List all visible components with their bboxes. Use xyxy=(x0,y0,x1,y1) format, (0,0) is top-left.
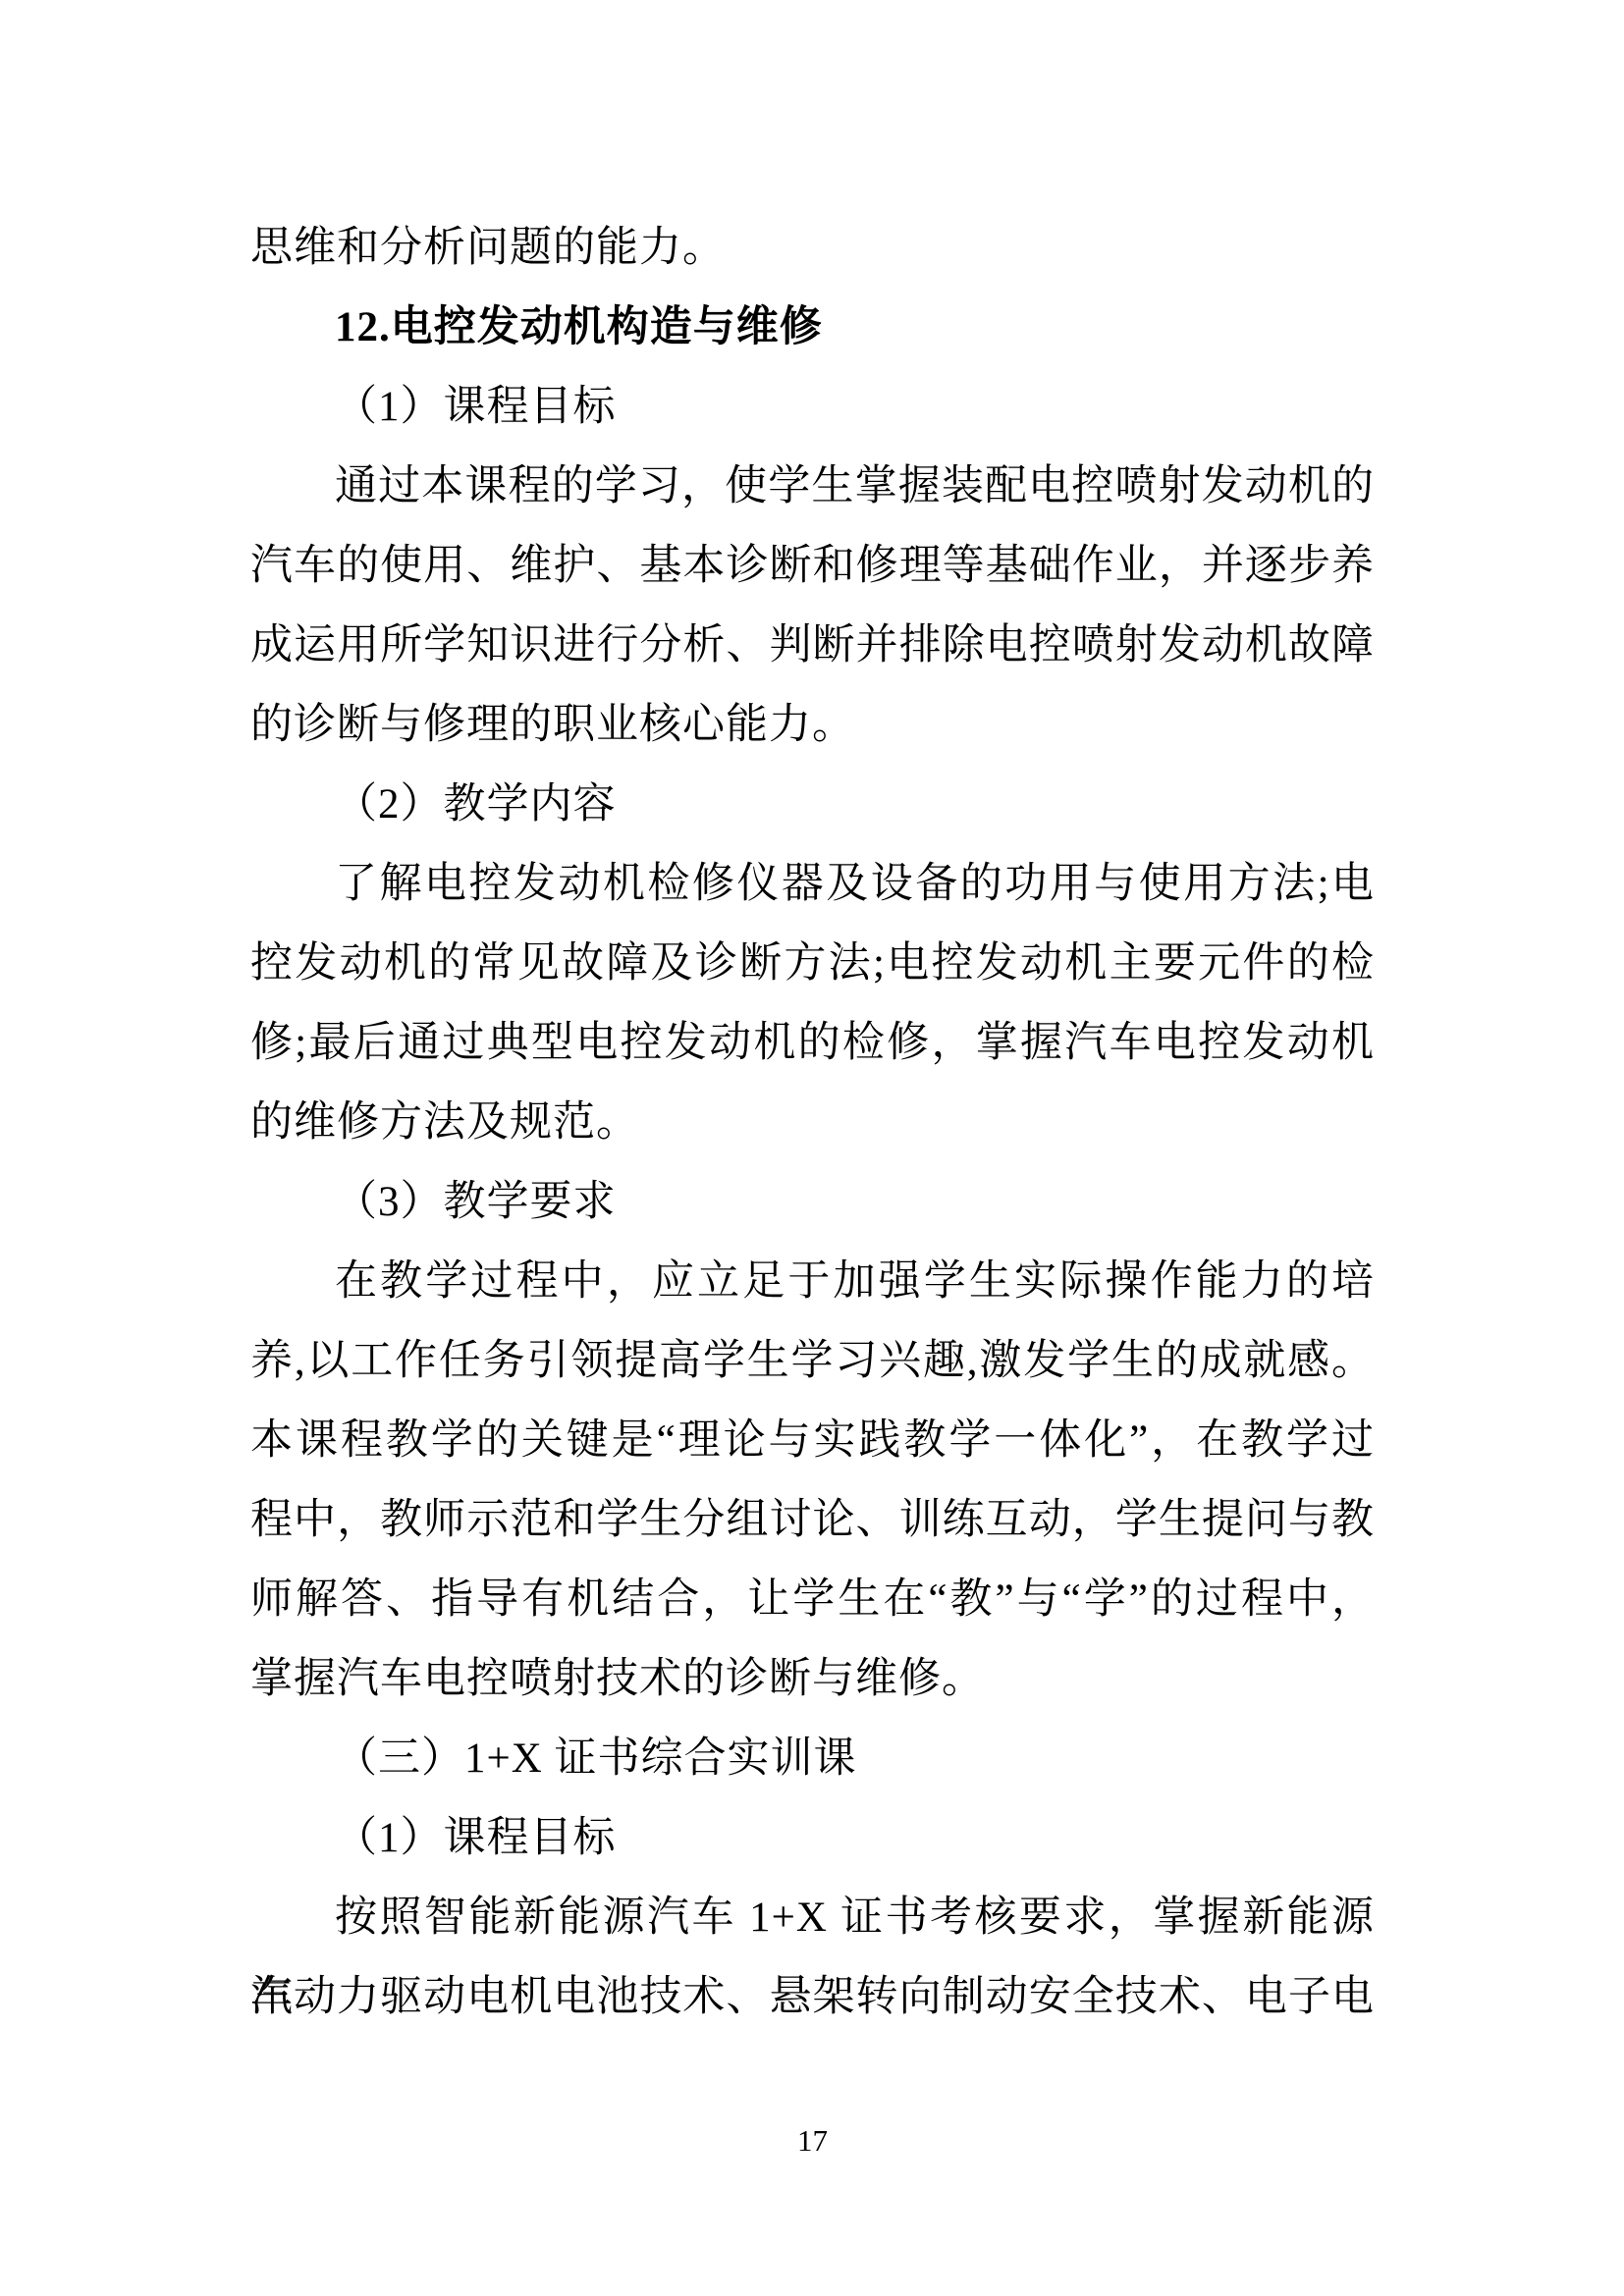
body-text-line: 在教学过程中，应立足于加强学生实际操作能力的培 xyxy=(250,1242,1375,1321)
text-block: 思维和分析问题的能力。 12.电控发动机构造与维修 （1）课程目标 通过本课程的… xyxy=(250,208,1375,2037)
body-text-line: 师解答、指导有机结合，让学生在“教”与“学”的过程中， xyxy=(250,1560,1375,1639)
body-text-line: 程中，教师示范和学生分组讨论、训练互动，学生提问与教 xyxy=(250,1480,1375,1560)
subsection-heading: （三）1+X 证书综合实训课 xyxy=(250,1719,1375,1798)
body-text-line: 思维和分析问题的能力。 xyxy=(250,208,1375,288)
subsection-heading: （1）课程目标 xyxy=(250,1798,1375,1878)
body-text-line: 的维修方法及规范。 xyxy=(250,1083,1375,1162)
body-text-line: 通过本课程的学习，使学生掌握装配电控喷射发动机的 xyxy=(250,447,1375,526)
body-text-line: 成运用所学知识进行分析、判断并排除电控喷射发动机故障 xyxy=(250,606,1375,685)
body-text-line: 控发动机的常见故障及诊断方法;电控发动机主要元件的检 xyxy=(250,924,1375,1003)
body-text-line: 本课程教学的关键是“理论与实践教学一体化”，在教学过 xyxy=(250,1401,1375,1480)
document-page: 思维和分析问题的能力。 12.电控发动机构造与维修 （1）课程目标 通过本课程的… xyxy=(0,0,1624,2296)
subsection-heading: （3）教学要求 xyxy=(250,1162,1375,1242)
subsection-heading: （1）课程目标 xyxy=(250,367,1375,447)
body-text-line: 的诊断与修理的职业核心能力。 xyxy=(250,685,1375,765)
body-text-line: 修;最后通过典型电控发动机的检修，掌握汽车电控发动机 xyxy=(250,1003,1375,1083)
body-text-line: 养,以工作任务引领提高学生学习兴趣,激发学生的成就感。 xyxy=(250,1321,1375,1401)
body-text-line: 按照智能新能源汽车 1+X 证书考核要求，掌握新能源汽 xyxy=(250,1878,1375,1957)
subsection-heading: （2）教学内容 xyxy=(250,765,1375,844)
body-text-line: 汽车的使用、维护、基本诊断和修理等基础作业，并逐步养 xyxy=(250,526,1375,606)
body-text-line: 了解电控发动机检修仪器及设备的功用与使用方法;电 xyxy=(250,844,1375,924)
section-heading: 12.电控发动机构造与维修 xyxy=(250,288,1375,367)
page-number: 17 xyxy=(250,2120,1375,2162)
body-text-line: 掌握汽车电控喷射技术的诊断与维修。 xyxy=(250,1639,1375,1719)
body-text-line: 车动力驱动电机电池技术、悬架转向制动安全技术、电子电 xyxy=(250,1957,1375,2037)
